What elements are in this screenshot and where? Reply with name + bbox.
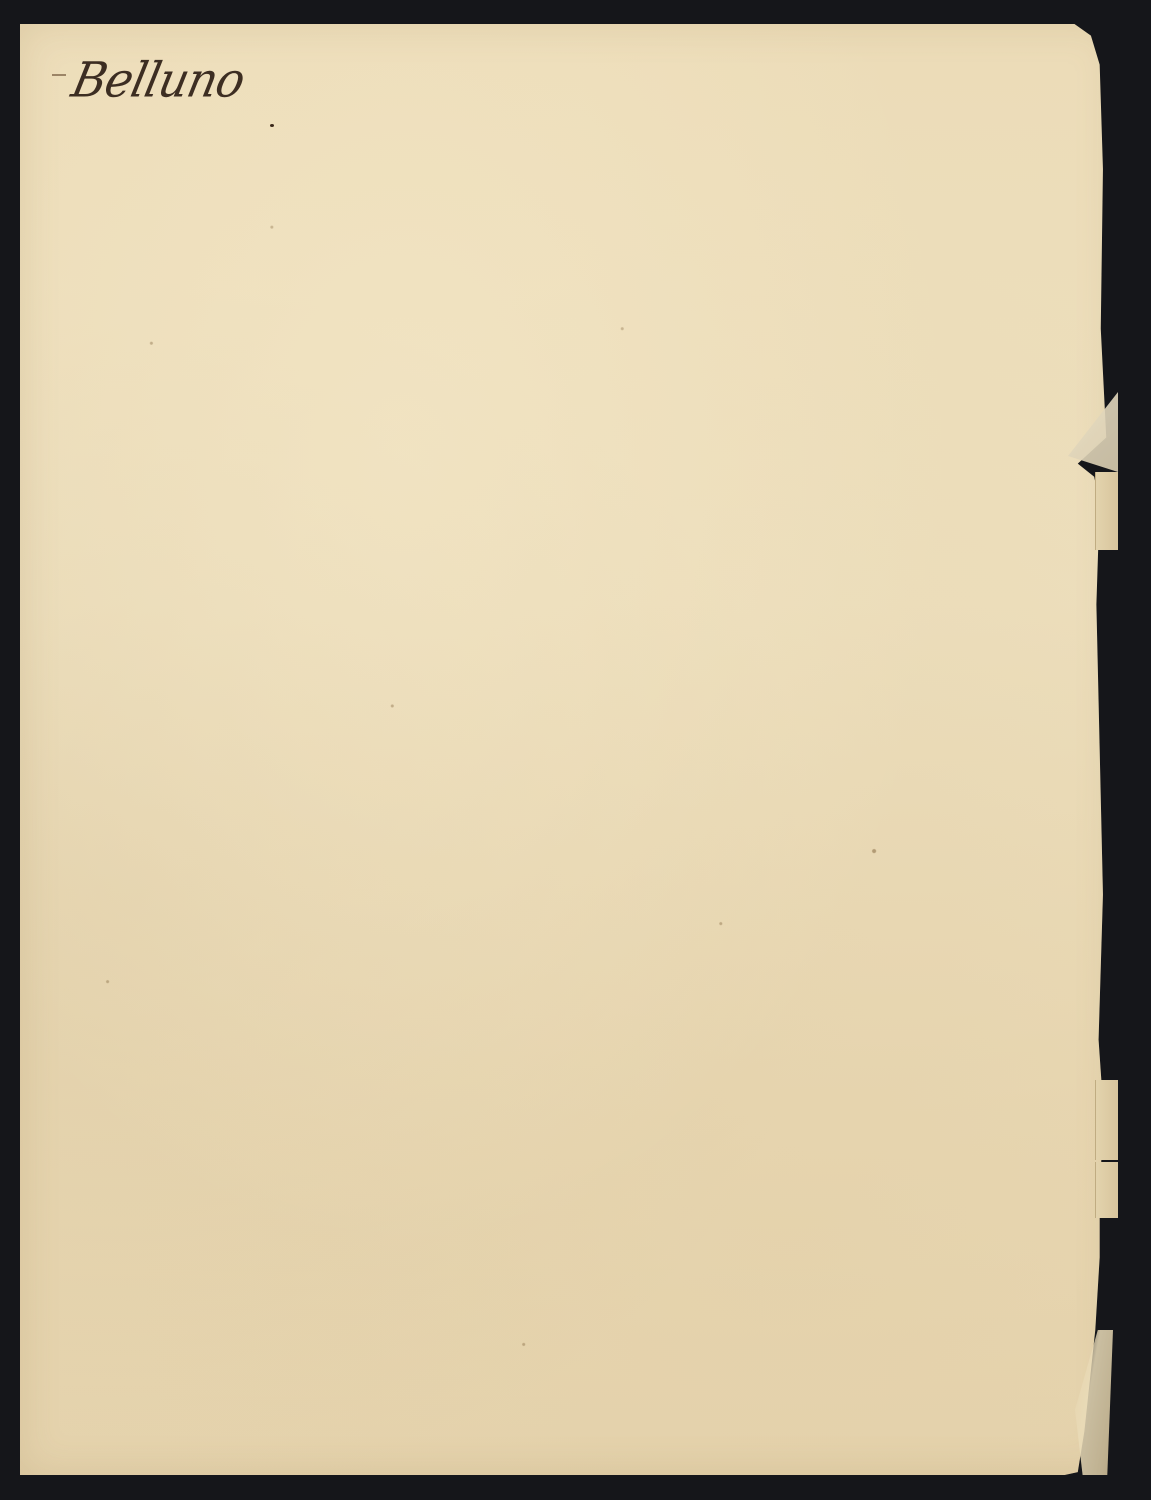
ink-dot <box>270 124 274 127</box>
repair-tab <box>1095 1162 1118 1218</box>
repair-tab <box>1095 472 1118 550</box>
scanned-page-view: Belluno <box>0 0 1151 1500</box>
ink-mark <box>52 74 66 76</box>
handwritten-place-name: Belluno <box>68 56 249 104</box>
paper-sheet <box>20 24 1115 1475</box>
repair-tab <box>1095 1080 1118 1160</box>
